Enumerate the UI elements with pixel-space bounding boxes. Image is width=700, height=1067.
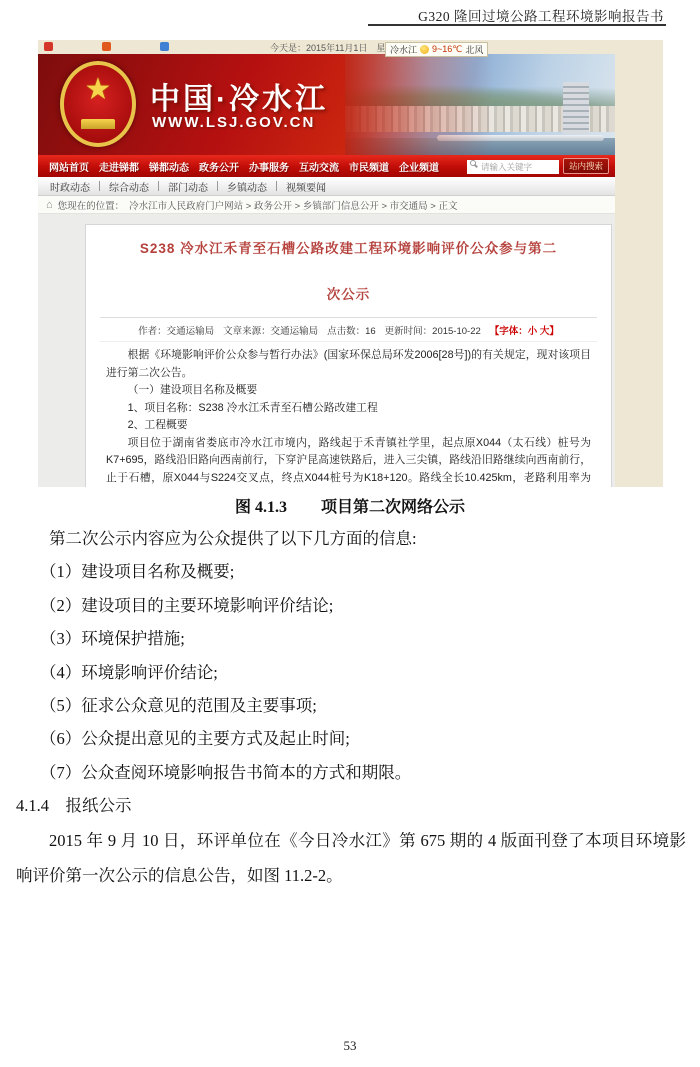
separator (158, 181, 159, 191)
article-panel: S238 冷水江禾青至石槽公路改建工程环境影响评价公众参与第二 次公示 作者：交… (85, 224, 612, 487)
list-item: （1）建设项目名称及概要; (16, 555, 686, 588)
list-item: （3）环境保护措施; (16, 622, 686, 655)
sun-icon (420, 45, 429, 54)
main-nav: 网站首页 走进锑都 锑都动态 政务公开 办事服务 互动交流 市民频道 企业频道 … (38, 155, 615, 177)
font-size-control[interactable]: 【字体：小 大】 (490, 323, 559, 337)
article-paragraph: 2、工程概要 (106, 417, 591, 435)
list-item: （2）建设项目的主要环境影响评价结论; (16, 589, 686, 622)
separator (217, 181, 218, 191)
topbar-icon-3 (160, 42, 169, 51)
nav-item-citizen-channel[interactable]: 市民频道 (344, 159, 394, 174)
list-item: （5）征求公众意见的范围及主要事项; (16, 689, 686, 722)
star-icon: ★ (64, 75, 132, 105)
breadcrumb-location-label: 您现在的位置： (58, 198, 125, 212)
topbar-icon-2 (102, 42, 111, 51)
article-title-line1: S238 冷水江禾青至石槽公路改建工程环境影响评价公众参与第二 (86, 237, 611, 257)
caption-text: 项目第二次网络公示 (321, 499, 465, 516)
divider (100, 341, 597, 342)
site-topbar: 今天是：2015年11月1日 星期日 (38, 40, 615, 54)
subnav-item-townships[interactable]: 乡镇动态 (227, 179, 267, 194)
intro-paragraph: 第二次公示内容应为公众提供了以下几方面的信息: (16, 522, 686, 555)
nav-item-gov-affairs[interactable]: 政务公开 (194, 159, 244, 174)
list-item: （6）公众提出意见的主要方式及起止时间; (16, 722, 686, 755)
date-text: 今天是：2015年11月1日 星期日 (270, 41, 403, 54)
article-area: S238 冷水江禾青至石槽公路改建工程环境影响评价公众参与第二 次公示 作者：交… (38, 214, 615, 487)
meta-author: 作者：交通运输局 (138, 323, 214, 337)
weather-city: 冷水江 (390, 43, 417, 56)
meta-clicks: 点击数：16 (327, 323, 376, 337)
page-number: 53 (0, 1038, 700, 1054)
separator (99, 181, 100, 191)
article-body: 根据《环境影响评价公众参与暂行办法》(国家环保总局环发2006[28号])的有关… (106, 347, 591, 487)
article-title-line2: 次公示 (86, 283, 611, 303)
separator (276, 181, 277, 191)
header-rule (368, 24, 666, 26)
nav-item-news[interactable]: 锑都动态 (144, 159, 194, 174)
site-name: 中国·冷水江 (150, 74, 328, 118)
search-icon (470, 160, 476, 166)
site-url: WWW.LSJ.GOV.CN (152, 114, 315, 131)
breadcrumb-path[interactable]: 冷水江市人民政府门户网站 > 政务公开 > 乡镇部门信息公开 > 市交通局 > … (129, 198, 457, 212)
subnav-item-video[interactable]: 视频要闻 (286, 179, 326, 194)
article-paragraph: 项目位于湖南省娄底市冷水江市境内，路线起于禾青镇社学里，起点原X044（太石线）… (106, 435, 591, 488)
nav-item-interaction[interactable]: 互动交流 (294, 159, 344, 174)
weather-wind: 北风 (465, 43, 483, 56)
caption-figure-number: 图 4.1.3 (235, 499, 287, 516)
topbar-icon-1 (44, 42, 53, 51)
subnav-item-general[interactable]: 综合动态 (109, 179, 149, 194)
weather-temperature: 9~16℃ (432, 44, 462, 55)
closing-paragraph: 2015 年 9 月 10 日，环评单位在《今日冷水江》第 675 期的 4 版… (16, 823, 686, 893)
photo-red-fade (345, 54, 615, 155)
list-item: （7）公众查阅环境影响报告书简本的方式和期限。 (16, 756, 686, 789)
subnav-item-politics[interactable]: 时政动态 (50, 179, 90, 194)
search-input[interactable] (467, 160, 559, 174)
subnav-item-departments[interactable]: 部门动态 (168, 179, 208, 194)
report-header-title: G320 隆回过境公路工程环境影响报告书 (418, 5, 664, 25)
article-paragraph: 根据《环境影响评价公众参与暂行办法》(国家环保总局环发2006[28号])的有关… (106, 347, 591, 382)
gate-graphic (81, 119, 115, 129)
site-banner: ★ 中国·冷水江 WWW.LSJ.GOV.CN (38, 54, 615, 155)
article-meta: 作者：交通运输局 文章来源：交通运输局 点击数：16 更新时间：2015-10-… (86, 323, 611, 337)
nav-search-area: 站内搜索 (467, 157, 609, 175)
national-emblem: ★ (60, 61, 136, 147)
meta-updated: 更新时间：2015-10-22 (385, 323, 481, 337)
list-item: （4）环境影响评价结论; (16, 656, 686, 689)
figure-caption: 图 4.1.3项目第二次网络公示 (0, 494, 700, 517)
home-icon: ⌂ (46, 200, 53, 210)
article-paragraph: 1、项目名称：S238 冷水江禾青至石槽公路改建工程 (106, 400, 591, 418)
article-paragraph: （一）建设项目名称及概要 (106, 382, 591, 400)
cityscape-photo (345, 54, 615, 155)
report-body: 第二次公示内容应为公众提供了以下几方面的信息: （1）建设项目名称及概要; （2… (16, 522, 686, 893)
site-search-button[interactable]: 站内搜索 (563, 158, 609, 174)
section-heading: 4.1.4 报纸公示 (16, 789, 686, 822)
search-box (467, 157, 559, 175)
sub-nav: 时政动态 综合动态 部门动态 乡镇动态 视频要闻 (38, 177, 615, 196)
weather-widget: 冷水江 9~16℃ 北风 (385, 42, 488, 57)
nav-item-home[interactable]: 网站首页 (44, 159, 94, 174)
nav-item-about[interactable]: 走进锑都 (94, 159, 144, 174)
nav-item-services[interactable]: 办事服务 (244, 159, 294, 174)
breadcrumb: ⌂ 您现在的位置： 冷水江市人民政府门户网站 > 政务公开 > 乡镇部门信息公开… (38, 196, 615, 214)
report-page: G320 隆回过境公路工程环境影响报告书 今天是：2015年11月1日 星期日 … (0, 0, 700, 1067)
website-screenshot: 今天是：2015年11月1日 星期日 冷水江 9~16℃ 北风 ★ 中国·冷水江… (38, 40, 663, 487)
nav-item-enterprise-channel[interactable]: 企业频道 (394, 159, 444, 174)
meta-source: 文章来源：交通运输局 (223, 323, 318, 337)
divider (100, 317, 597, 318)
